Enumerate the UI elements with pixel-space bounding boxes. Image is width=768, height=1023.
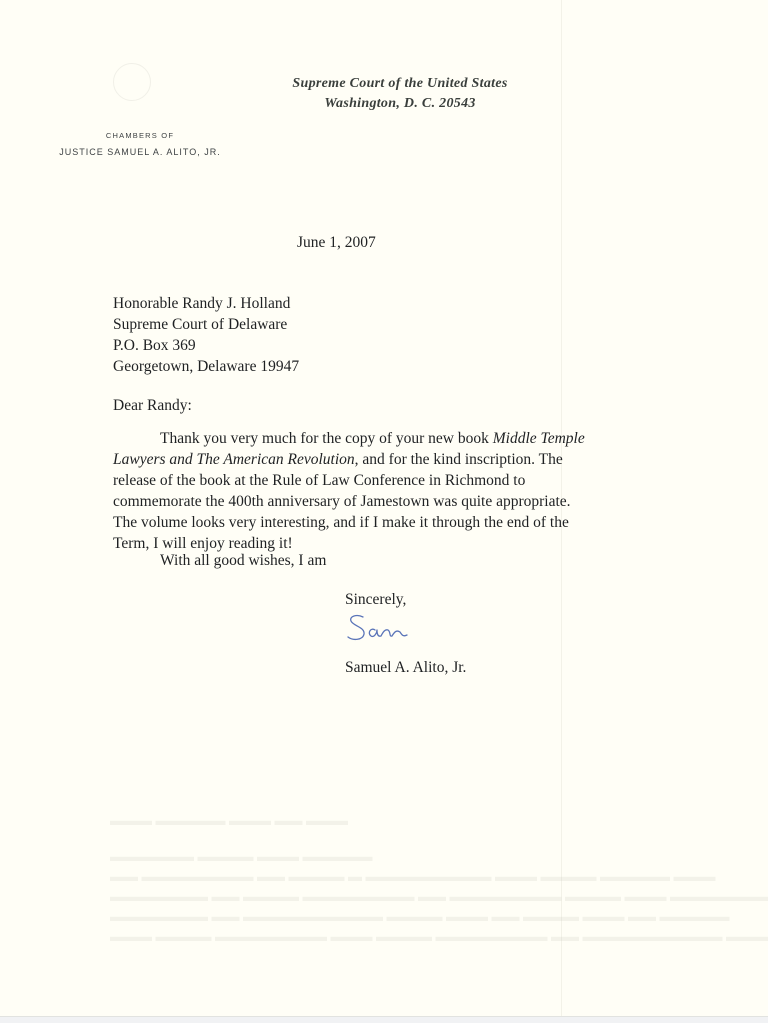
bleed-through-text: ▬▬▬▬▬ ▬▬ ▬▬▬ ▬▬▬▬ ▬▬ ▬▬▬ ▬▬▬▬ ▬▬▬▬▬▬▬▬▬▬… [110,908,730,928]
letterhead-court-name: Supreme Court of the United States [250,74,550,94]
body-paragraph: Thank you very much for the copy of your… [113,428,573,554]
book-title: Middle Temple [493,430,585,447]
bleed-through-text: ▬▬▬ ▬▬▬▬▬ ▬▬▬▬ ▬▬▬ ▬▬▬▬▬▬▬▬▬ ▬ ▬▬▬▬ ▬▬ ▬… [110,868,716,888]
letter-date: June 1, 2007 [297,232,376,253]
recipient-address: Honorable Randy J. Holland Supreme Court… [113,293,299,377]
chambers-block: CHAMBERS OF JUSTICE SAMUEL A. ALITO, JR. [40,128,240,160]
bleed-through-text: ▬▬▬ ▬▬ ▬▬▬ ▬▬▬▬▬ ▬▬▬ [110,812,348,832]
salutation: Dear Randy: [113,395,192,416]
recipient-po-box: P.O. Box 369 [113,335,299,356]
body-line: commemorate the 400th anniversary of Jam… [113,491,573,512]
recipient-city-state-zip: Georgetown, Delaware 19947 [113,356,299,377]
book-title: Lawyers and The American Revolution [113,451,355,468]
handwritten-signature [345,611,425,645]
signer-name: Samuel A. Alito, Jr. [345,657,466,678]
chambers-label: CHAMBERS OF [40,128,240,144]
recipient-name: Honorable Randy J. Holland [113,293,299,314]
recipient-organization: Supreme Court of Delaware [113,314,299,335]
letter-page: Supreme Court of the United States Washi… [0,0,768,1017]
embossed-seal-icon [113,63,151,101]
body-line: Thank you very much for the copy of your… [113,428,573,449]
body-line: release of the book at the Rule of Law C… [113,470,573,491]
bleed-through-text: ▬▬▬▬▬▬▬▬▬ ▬▬▬ ▬▬▬▬ ▬▬▬▬▬▬▬▬ ▬▬ ▬▬▬▬▬▬▬▬ … [110,888,768,908]
bleed-through-text: ▬▬▬▬▬▬ ▬▬▬▬▬▬▬▬▬▬ ▬▬ ▬▬▬▬▬▬▬▬ ▬▬▬▬ ▬▬▬ ▬… [110,928,768,948]
body-line: Lawyers and The American Revolution, and… [113,449,573,470]
chambers-justice-name: JUSTICE SAMUEL A. ALITO, JR. [40,144,240,160]
closing-line: With all good wishes, I am [160,550,326,571]
body-line: The volume looks very interesting, and i… [113,512,573,533]
letterhead-address: Washington, D. C. 20543 [250,94,550,114]
bleed-through-text: ▬▬▬▬▬ ▬▬▬ ▬▬▬▬ ▬▬▬▬▬▬ [110,848,373,868]
valediction: Sincerely, [345,589,406,610]
letterhead: Supreme Court of the United States Washi… [250,74,550,114]
